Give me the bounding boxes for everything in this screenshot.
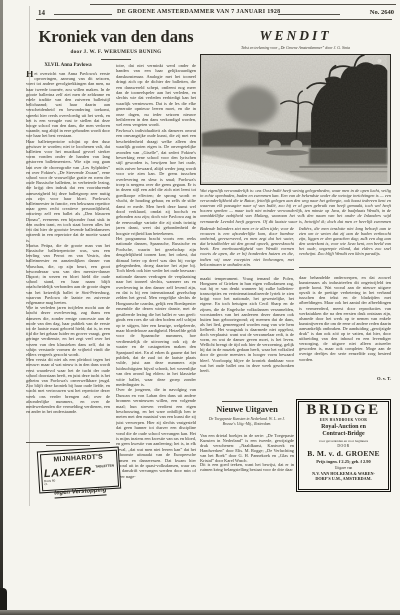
bridge-ad-title: BRIDGE: [299, 403, 388, 418]
header-rule-left: [54, 14, 112, 15]
wendit-caption-left-column: Badende Inlanders ziet men er te allen t…: [200, 226, 294, 266]
nieuwe-uitgaven-heading: Nieuwe Uitgaven: [200, 404, 294, 414]
end-of-column-rule-heavy: [46, 445, 90, 447]
mijnhardt-product-suffix: TABLETTEN: [95, 463, 114, 468]
newspaper-page: 14 DE GROENE AMSTERDAMMER VAN 7 JANUARI …: [0, 0, 400, 615]
wendit-title: WENDIT: [200, 28, 391, 44]
mijnhardt-advertisement: MIJNHARDT'S LAXEER-TABLETTEN tegen Verst…: [37, 447, 121, 494]
scan-edge-left: [0, 0, 3, 615]
nieuwe-uitgaven-body: Van een drietal boekjes in de serie: „De…: [200, 434, 294, 502]
mijnhardt-price: Doos 60 ct.: [44, 479, 57, 487]
bridge-ad-author: B. M. v. d. GROENE: [299, 449, 388, 458]
mijnhardt-product: LAXEER-: [44, 464, 96, 479]
bridge-ad-price: Prijs ingen. f 2.25; geb. f 2.90: [299, 459, 388, 464]
header-rule-right: [278, 14, 340, 15]
column-c-divider-rule: [200, 269, 294, 270]
bridge-ad-frame: BRIDGE EEN HANDBOEK VOOR Royal-Auction e…: [298, 401, 389, 490]
header-top-rule: [90, 4, 396, 5]
bridge-ad-subtitle: EEN HANDBOEK VOOR: [299, 418, 388, 422]
page-number: 14: [38, 9, 45, 17]
mijnhardt-ad-frame: MIJNHARDT'S LAXEER-TABLETTEN tegen Verst…: [39, 449, 118, 491]
bridge-advertisement: BRIDGE EEN HANDBOEK VOOR Royal-Auction e…: [296, 399, 391, 492]
kroniek-byline: door J. W. F. WERUMEUS BUNING: [36, 49, 196, 55]
bridge-ad-line2: Contract-Bridge: [299, 431, 388, 438]
nieuwe-uitgaven-continuation: daar behandelde onderwerpen, en dat zoow…: [299, 275, 391, 375]
wendit-caption: Wat eigenlijk verwonderlijk is: ons Oost…: [200, 188, 391, 224]
bridge-ad-uitgave-label: Uitgave van: [299, 466, 388, 470]
issue-number: No. 2640: [344, 9, 394, 16]
wendit-illustration: [201, 55, 388, 182]
nieuwe-uitgaven-book-info: De Toegepaste Kunsten in Nederland. W. L…: [206, 417, 288, 426]
mijnhardt-brand: MIJNHARDT'S: [41, 452, 116, 464]
nieuwe-uitgaven-top-rule: [222, 401, 272, 402]
bridge-ad-audience: voor gevorderden en voor beginners: [299, 439, 388, 443]
wendit-illustration-frame: [200, 54, 391, 185]
film-grain: [202, 55, 388, 182]
kroniek-section-heading: XLVII. Anna Pavlowa: [26, 63, 110, 68]
wendit-subtitle: Tekst en teekening voor „De Groene Amste…: [200, 46, 391, 50]
mijnhardt-tagline: tegen Verstopping: [54, 487, 107, 498]
kroniek-title: Kroniek van den dans: [36, 27, 196, 46]
masthead: DE GROENE AMSTERDAMMER VAN 7 JANUARI 192…: [117, 9, 273, 15]
scan-bottom-edge: [0, 610, 400, 615]
header-bottom-rule: [36, 19, 392, 20]
end-of-column-rule: [26, 442, 110, 443]
review-signature: O. v. T.: [299, 376, 391, 381]
byline-divider: [101, 59, 131, 60]
wendit-caption-right-column: Indiërs, die men tenslotte niet lang beh…: [299, 226, 391, 262]
bridge-ad-publisher: N.V. VAN HOLKEMA & WAREN- DORF'S U.M., A…: [299, 471, 388, 481]
kroniek-column-3: maakt temperament. Vraag iemand die Pole…: [200, 276, 294, 400]
bridge-ad-door-label: DOOR: [299, 444, 388, 448]
kroniek-column-1: Het overzicht van Anna Pavlowa's eerste …: [26, 71, 110, 439]
kroniek-column-2: toire, dat niet verminkt werd onder de h…: [116, 63, 196, 507]
column-d-divider-rule: [299, 267, 391, 268]
